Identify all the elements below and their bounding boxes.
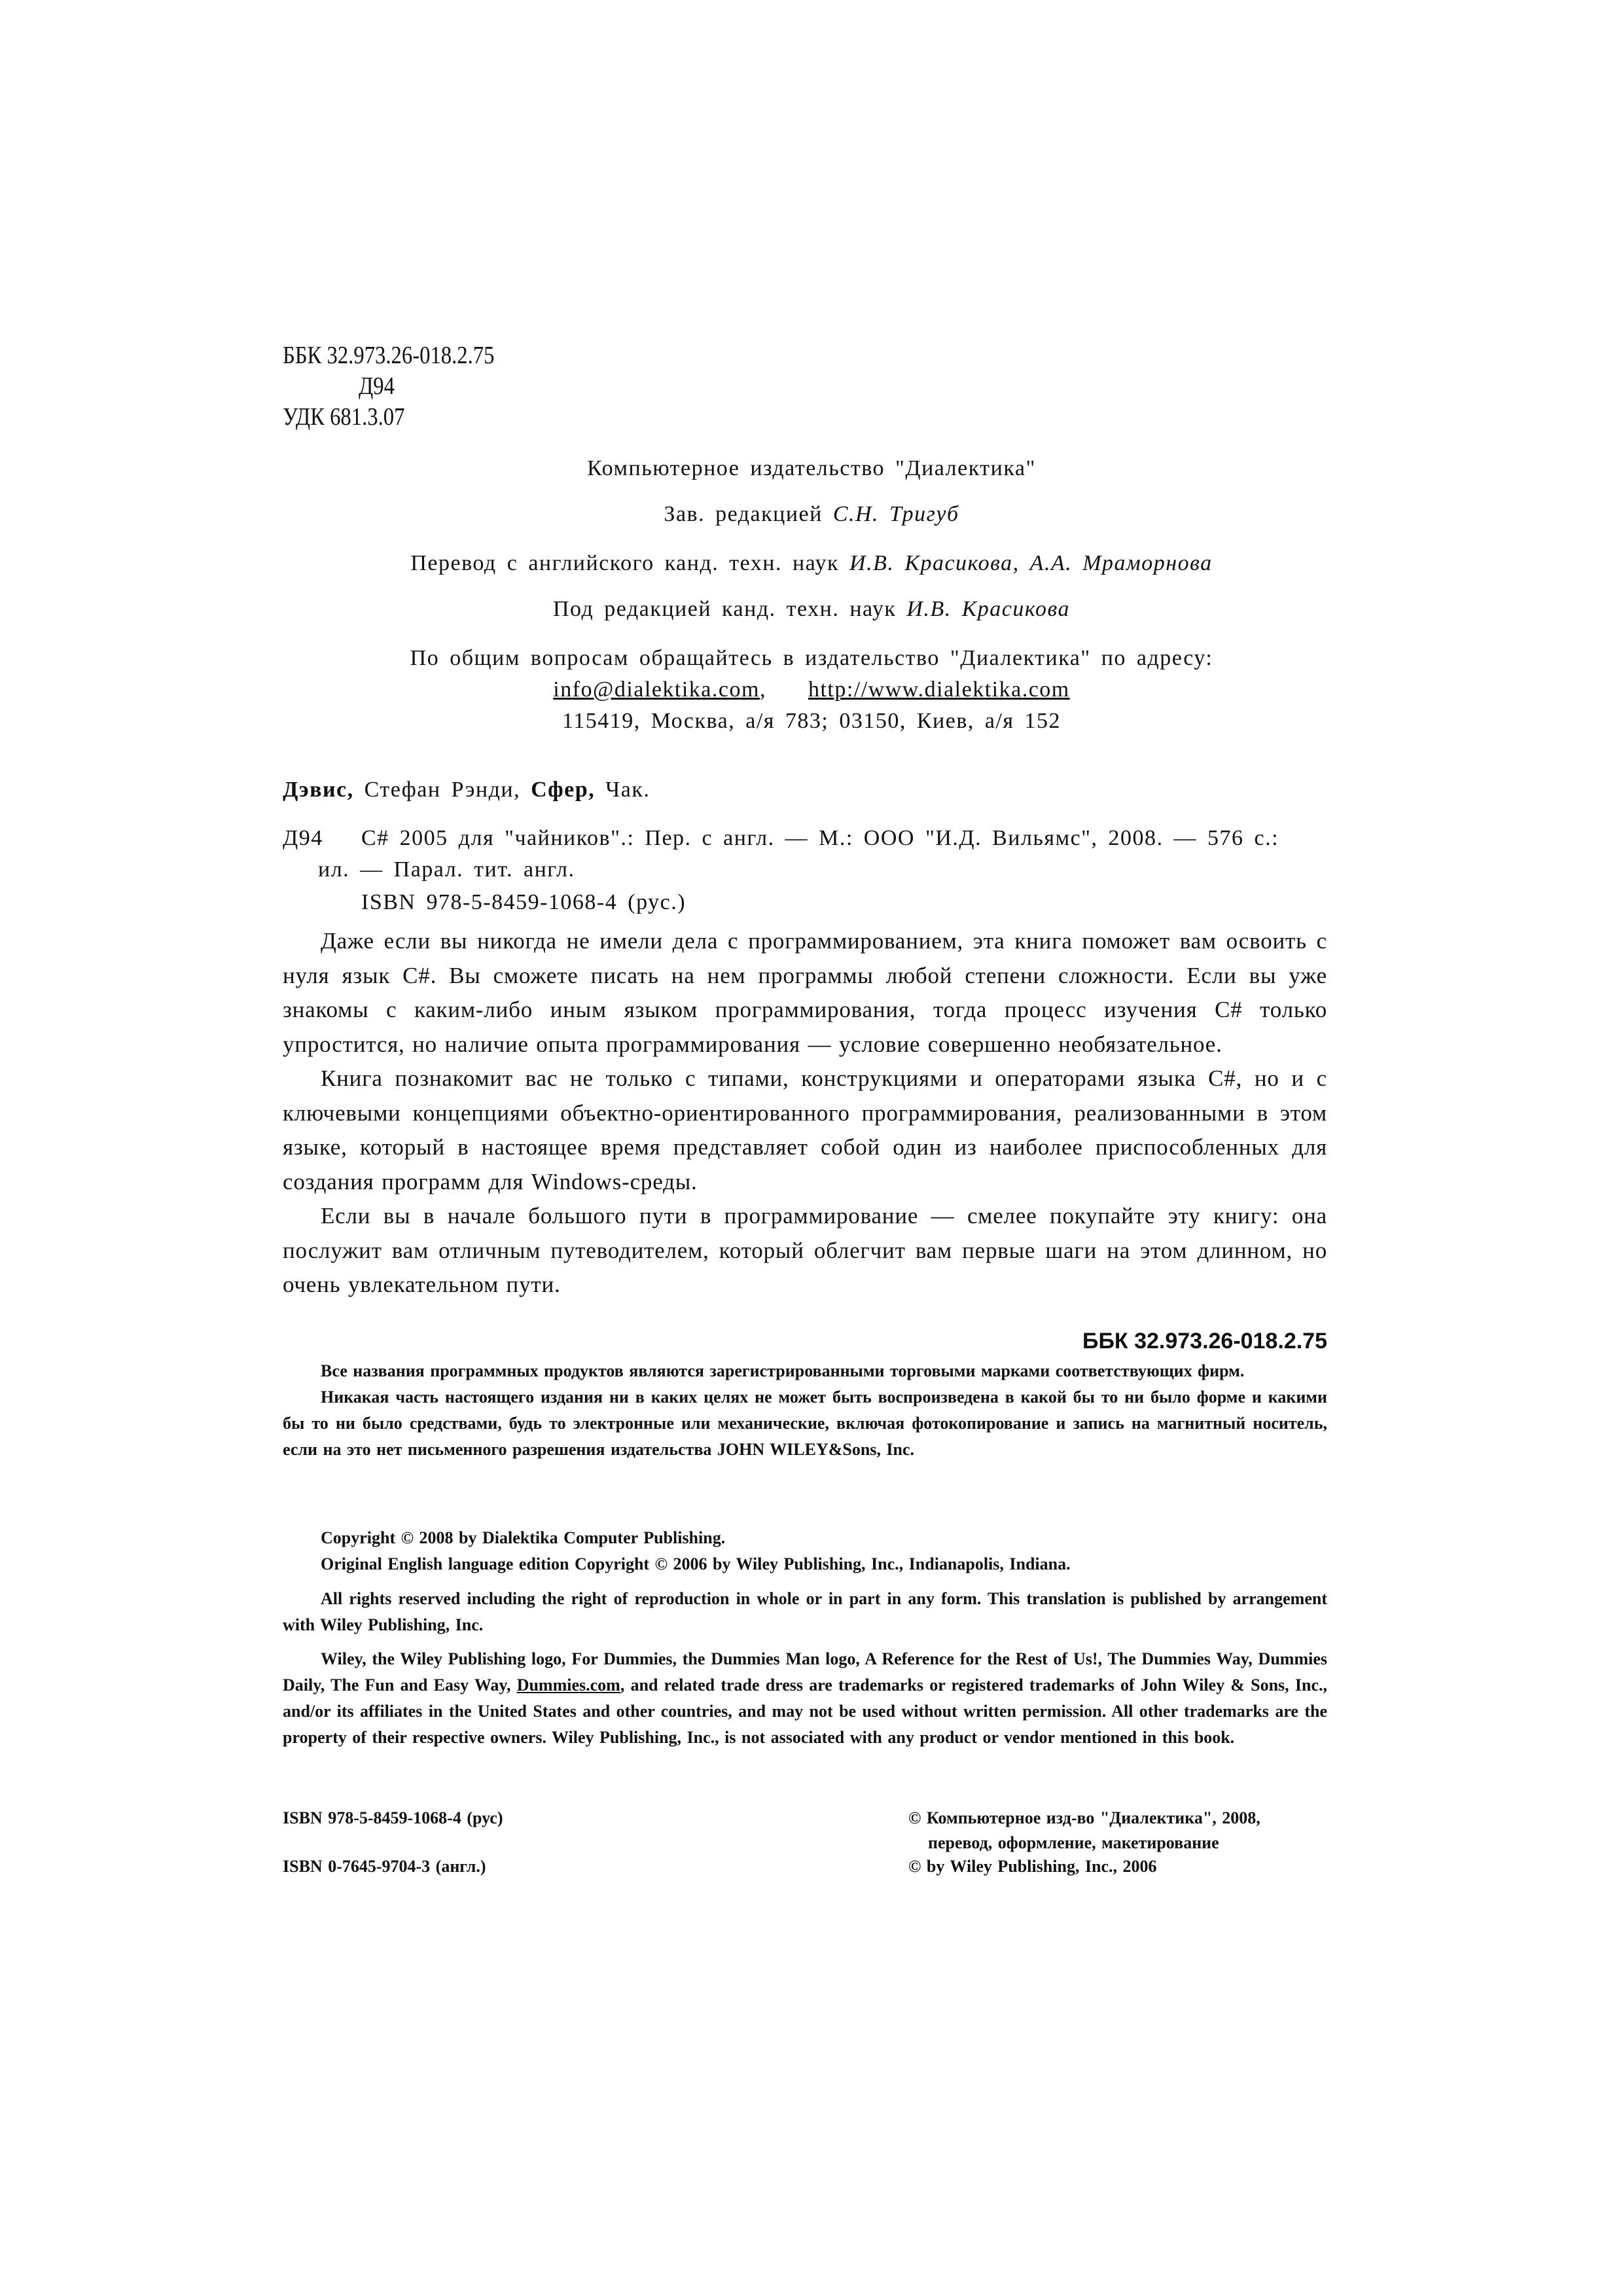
- copyright-block: Copyright © 2008 by Dialektika Computer …: [283, 1525, 1327, 1577]
- translators: И.В. Красикова, А.А. Мраморнова: [849, 551, 1213, 575]
- editor-name: И.В. Красикова: [906, 597, 1070, 621]
- contact-links: info@dialektika.com, http://www.dialekti…: [0, 677, 1623, 702]
- author-name-1: Стефан Рэнди,: [354, 778, 531, 802]
- website-link[interactable]: http://www.dialektika.com: [808, 677, 1070, 702]
- book-imprint-page: ББК 32.973.26-018.2.75 Д94 УДК 681.3.07 …: [0, 0, 1623, 2296]
- trademarks-en: Wiley, the Wiley Publishing logo, For Du…: [283, 1646, 1327, 1751]
- annotation: Даже если вы никогда не имели дела с про…: [283, 924, 1327, 1302]
- bbk-code: ББК 32.973.26-018.2.75: [283, 340, 494, 370]
- rights-statement: All rights reserved including the right …: [283, 1586, 1327, 1638]
- copyright-2: Original English language edition Copyri…: [283, 1551, 1327, 1577]
- authors-line: Дэвис, Стефан Рэнди, Сфер, Чак.: [283, 778, 650, 802]
- annotation-paragraph: Если вы в начале большого пути в програм…: [283, 1199, 1327, 1302]
- author-name-2: Чак.: [595, 778, 650, 802]
- chief-editor-line: Зав. редакцией С.Н. Тригуб: [0, 502, 1623, 527]
- copyright-ru-2: перевод, оформление, макетирование: [928, 1830, 1219, 1856]
- publisher-name: Компьютерное издательство "Диалектика": [0, 456, 1623, 481]
- annotation-paragraph: Даже если вы никогда не имели дела с про…: [283, 924, 1327, 1062]
- copyright-ru-1: © Компьютерное изд-во "Диалектика", 2008…: [908, 1805, 1327, 1831]
- bib-title-line-2: ил. — Парал. тит. англ.: [318, 857, 575, 882]
- author-surname-1: Дэвис,: [283, 778, 354, 802]
- author-surname-2: Сфер,: [531, 778, 595, 802]
- isbn-ru: ISBN 978-5-8459-1068-4 (рус): [283, 1805, 503, 1831]
- email-link[interactable]: info@dialektika.com: [553, 677, 760, 702]
- dummies-link[interactable]: Dummies.com: [517, 1676, 620, 1695]
- trademarks-ru: Все названия программных продуктов являю…: [283, 1358, 1327, 1384]
- trademarks-en-block: Wiley, the Wiley Publishing logo, For Du…: [283, 1646, 1327, 1751]
- copyright-1: Copyright © 2008 by Dialektika Computer …: [283, 1525, 1327, 1551]
- bib-mark: Д94: [283, 826, 323, 851]
- chief-editor-label: Зав. редакцией: [664, 502, 822, 526]
- reproduction-ru: Никакая часть настоящего издания ни в ка…: [283, 1384, 1327, 1463]
- isbn-en: ISBN 0-7645-9704-3 (англ.): [283, 1854, 486, 1880]
- legal-notice-ru: Все названия программных продуктов являю…: [283, 1358, 1327, 1463]
- translation-label: Перевод с английского канд. техн. наук: [410, 551, 839, 575]
- contact-line: По общим вопросам обращайтесь в издатель…: [0, 646, 1623, 671]
- annotation-paragraph: Книга познакомит вас не только с типами,…: [283, 1062, 1327, 1199]
- bib-title-line: C# 2005 для "чайников".: Пер. с англ. — …: [361, 826, 1327, 851]
- author-mark: Д94: [359, 371, 395, 401]
- editor-label: Под редакцией канд. техн. наук: [553, 597, 896, 621]
- editor-line: Под редакцией канд. техн. наук И.В. Крас…: [0, 597, 1623, 622]
- chief-editor-name: С.Н. Тригуб: [833, 502, 959, 526]
- copyright-en: © by Wiley Publishing, Inc., 2006: [908, 1854, 1157, 1880]
- rights-block: All rights reserved including the right …: [283, 1586, 1327, 1638]
- postal-address: 115419, Москва, а/я 783; 03150, Киев, а/…: [0, 709, 1623, 734]
- udk-code: УДК 681.3.07: [283, 402, 404, 432]
- bib-isbn: ISBN 978-5-8459-1068-4 (рус.): [361, 890, 686, 915]
- comma: ,: [760, 677, 808, 702]
- bbk-code-right: ББК 32.973.26-018.2.75: [982, 1329, 1327, 1354]
- translation-line: Перевод с английского канд. техн. наук И…: [0, 551, 1623, 576]
